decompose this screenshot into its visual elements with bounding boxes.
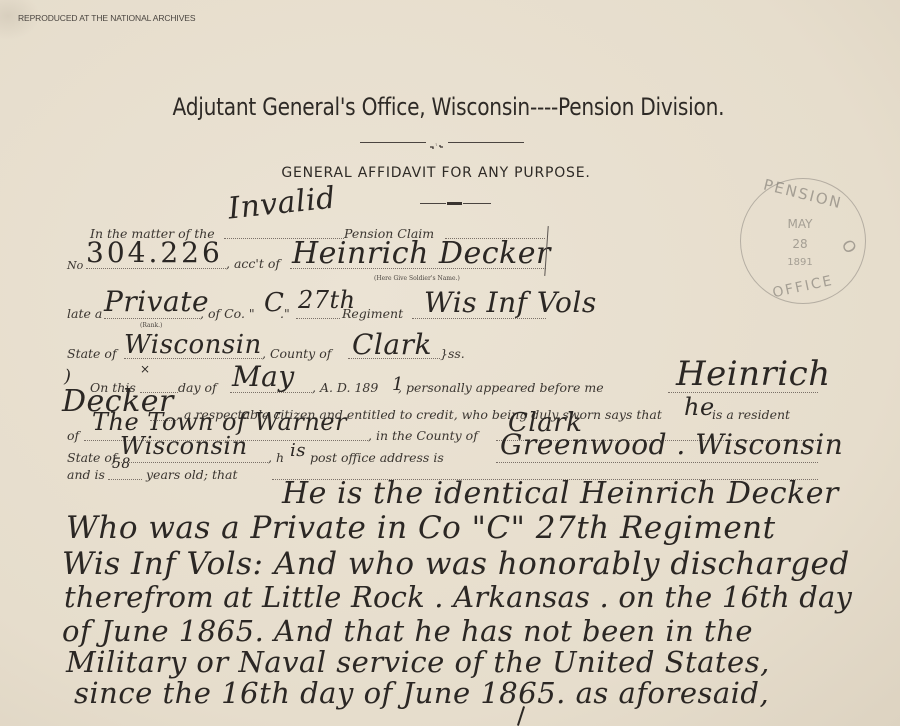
affidavit-page: REPRODUCED AT THE NATIONAL ARCHIVES Adju… [0,0,900,726]
regiment-name-value: Wis Inf Vols [424,286,597,319]
state-label-2: State of [67,450,117,465]
number-label: No [67,259,83,272]
ornament-rule-left [360,142,426,143]
post-office-line [496,462,818,463]
ad-label: , A. D. 189 [312,380,378,395]
stamp-year: 1891 [778,257,822,268]
statement-line-4: therefrom at Little Rock . Arkansas . on… [64,580,852,614]
regiment-number-line [296,318,340,319]
stamp-side: O [837,235,861,258]
short-rule-left [420,203,446,204]
soldier-name-line [290,268,546,269]
regiment-name-line [412,318,546,319]
county-label: , County of [262,346,331,361]
state-value: Wisconsin [124,330,262,360]
form-subtitle: GENERAL AFFIDAVIT FOR ANY PURPOSE. [0,165,872,181]
claim-number-line [86,268,226,269]
statement-line-2: Who was a Private in Co "C" 27th Regimen… [66,510,776,546]
years-old-label: years old; that [146,467,238,482]
short-rule-block [447,202,462,205]
month-line [230,392,312,393]
ss-label: }ss. [440,346,465,361]
company-label: , of Co. " [200,306,255,321]
archive-label: REPRODUCED AT THE NATIONAL ARCHIVES [18,13,195,23]
and-is-label: and is [67,467,105,482]
month-value: May [232,360,295,393]
ornament-icon [428,137,448,147]
pronoun-value: he [684,393,715,421]
rank-line [104,318,200,319]
h-value: is [290,440,306,461]
affiant-first-name: Heinrich [676,354,831,394]
state-line [124,358,262,359]
account-of-label: , acc't of [226,256,280,271]
statement-line-1: He is the identical Heinrich Decker [282,476,839,511]
state-label: State of [67,346,117,361]
soldier-name-hint: (Here Give Soldier's Name.) [374,275,460,282]
h-label: , h [268,450,284,465]
county-of-label: , in the County of [368,428,478,443]
county-value: Clark [352,328,432,361]
rank-hint: (Rank.) [140,322,162,329]
statement-line-7: since the 16th day of June 1865. as afor… [74,676,769,710]
stamp-month: MAY [778,217,822,231]
statement-line-6: Military or Naval service of the United … [66,645,770,679]
day-mark: × [140,362,151,376]
page-title: Adjutant General's Office, Wisconsin----… [70,93,826,121]
regiment-label: Regiment [342,306,403,321]
pension-office-stamp: PENSION MAY 28 1891 OFFICE O [740,178,866,304]
rank-value: Private [104,285,209,318]
stamp-day: 28 [778,237,822,251]
statement-line-3: Wis Inf Vols: And who was honorably disc… [62,546,850,582]
late-a-label: late a [67,306,102,321]
county-line [348,358,440,359]
age-line [108,479,142,480]
statement-line-5: of June 1865. And that he has not been i… [62,614,753,648]
state-line-2 [118,462,268,463]
short-rule-right [463,203,491,204]
appeared-label: , personally appeared before me [398,380,604,395]
state-value-2: Wisconsin [120,432,248,460]
company-close: ." [280,306,290,321]
day-of-label: day of [178,380,217,395]
of-label: of [67,428,79,443]
claim-type-value: Invalid [226,180,337,226]
post-office-label: post office address is [310,450,444,465]
soldier-name-value: Heinrich Decker [292,236,551,271]
post-office-value: Greenwood . Wisconsin [500,428,843,461]
age-value: 58 [112,456,131,472]
claim-number-value: 304.226 [86,236,223,269]
resident-label: is a resident [712,407,790,422]
ornament-rule-right [448,142,524,143]
stamp-bottom-arc: OFFICE [758,270,847,304]
